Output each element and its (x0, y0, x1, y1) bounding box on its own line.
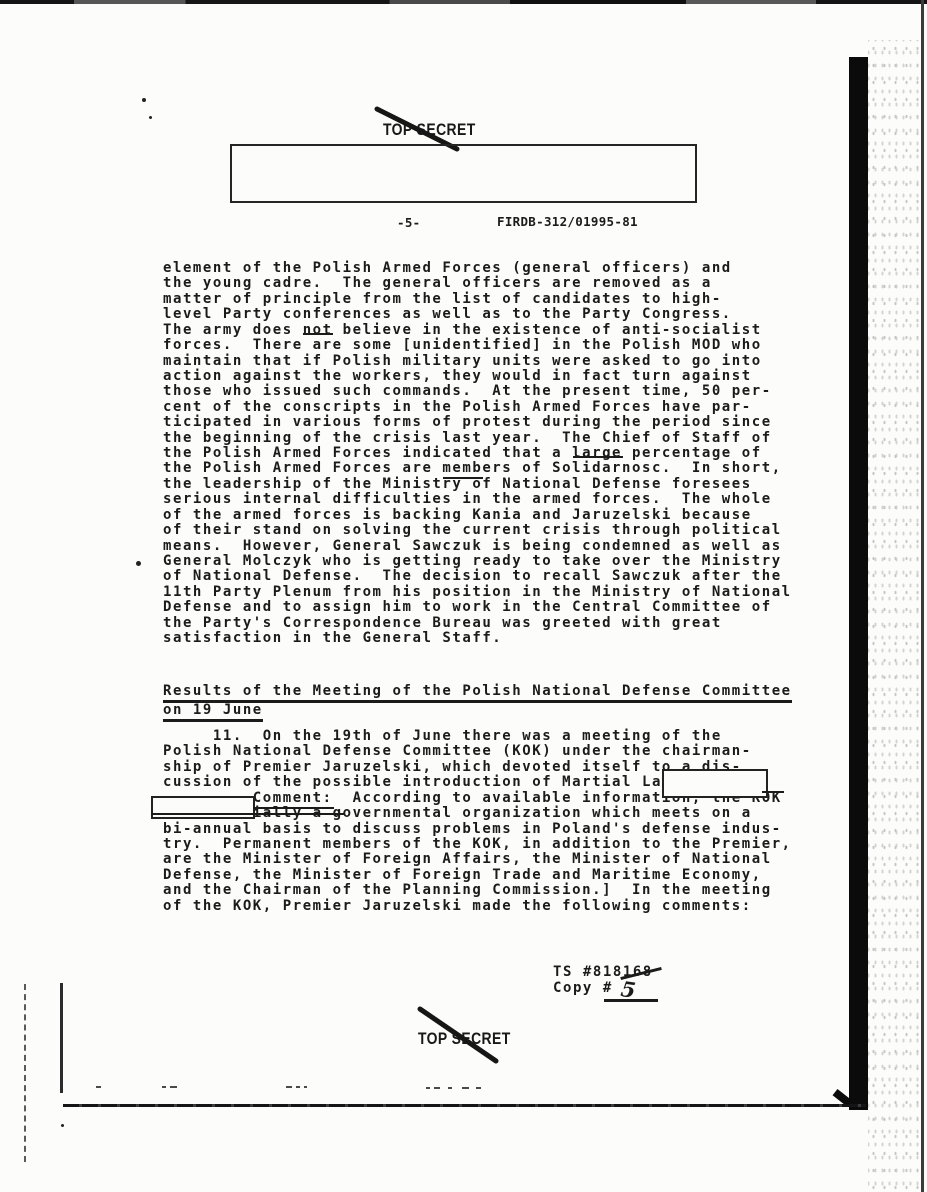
underline-comment (253, 807, 334, 809)
scan-artifact-dash (296, 1086, 300, 1088)
scan-artifact-dash (96, 1086, 101, 1088)
left-margin-solid-line (60, 983, 63, 1093)
scan-artifact-dash (426, 1087, 430, 1089)
scan-artifact-dash (170, 1086, 177, 1088)
scan-artifact-dash (286, 1086, 292, 1088)
scan-right-edge (921, 0, 924, 1192)
scan-artifact-dash (476, 1087, 481, 1089)
copy-number-underline (604, 999, 658, 1002)
stamp-strike-mark-bottom (408, 1004, 508, 1066)
overline-ministry-artifact (443, 477, 483, 479)
redaction-edge-artifact (762, 791, 784, 793)
page-number: -5- (397, 215, 420, 230)
document-page: TOP SECRET -5- FIRDB-312/01995-81 elemen… (0, 0, 927, 1192)
scan-dot (142, 98, 146, 102)
left-margin-dashed-line (24, 984, 26, 1162)
scan-artifact-dash (434, 1087, 440, 1089)
section-heading-line2: on 19 June (163, 699, 263, 722)
scan-artifact-dash (304, 1086, 307, 1088)
scan-artifact-dash (448, 1087, 452, 1089)
header-box (230, 144, 697, 203)
redaction-box-inline (662, 769, 768, 798)
scan-noise-strip (868, 40, 920, 1190)
redaction-edge-artifact (151, 813, 345, 815)
section-heading-text-1: Results of the Meeting of the Polish Nat… (163, 683, 792, 699)
scan-dot (136, 561, 141, 566)
body-paragraph-11: 11. On the 19th of June there was a meet… (163, 729, 792, 914)
redaction-box-source (151, 796, 255, 819)
bottom-rule (63, 1104, 866, 1107)
document-number: FIRDB-312/01995-81 (497, 214, 638, 229)
scan-dot (149, 116, 152, 119)
scan-top-edge (0, 0, 927, 4)
scan-artifact-dash (462, 1087, 469, 1089)
underline-not (303, 333, 333, 335)
scan-artifact-dash (162, 1086, 166, 1088)
underline-large (573, 456, 623, 458)
section-heading-text-2: on 19 June (163, 702, 263, 718)
copy-number-label: Copy # (553, 981, 613, 996)
body-paragraph-continuation: element of the Polish Armed Forces (gene… (163, 261, 792, 647)
binder-shadow-bar (849, 57, 868, 1110)
scan-dot (61, 1124, 64, 1127)
